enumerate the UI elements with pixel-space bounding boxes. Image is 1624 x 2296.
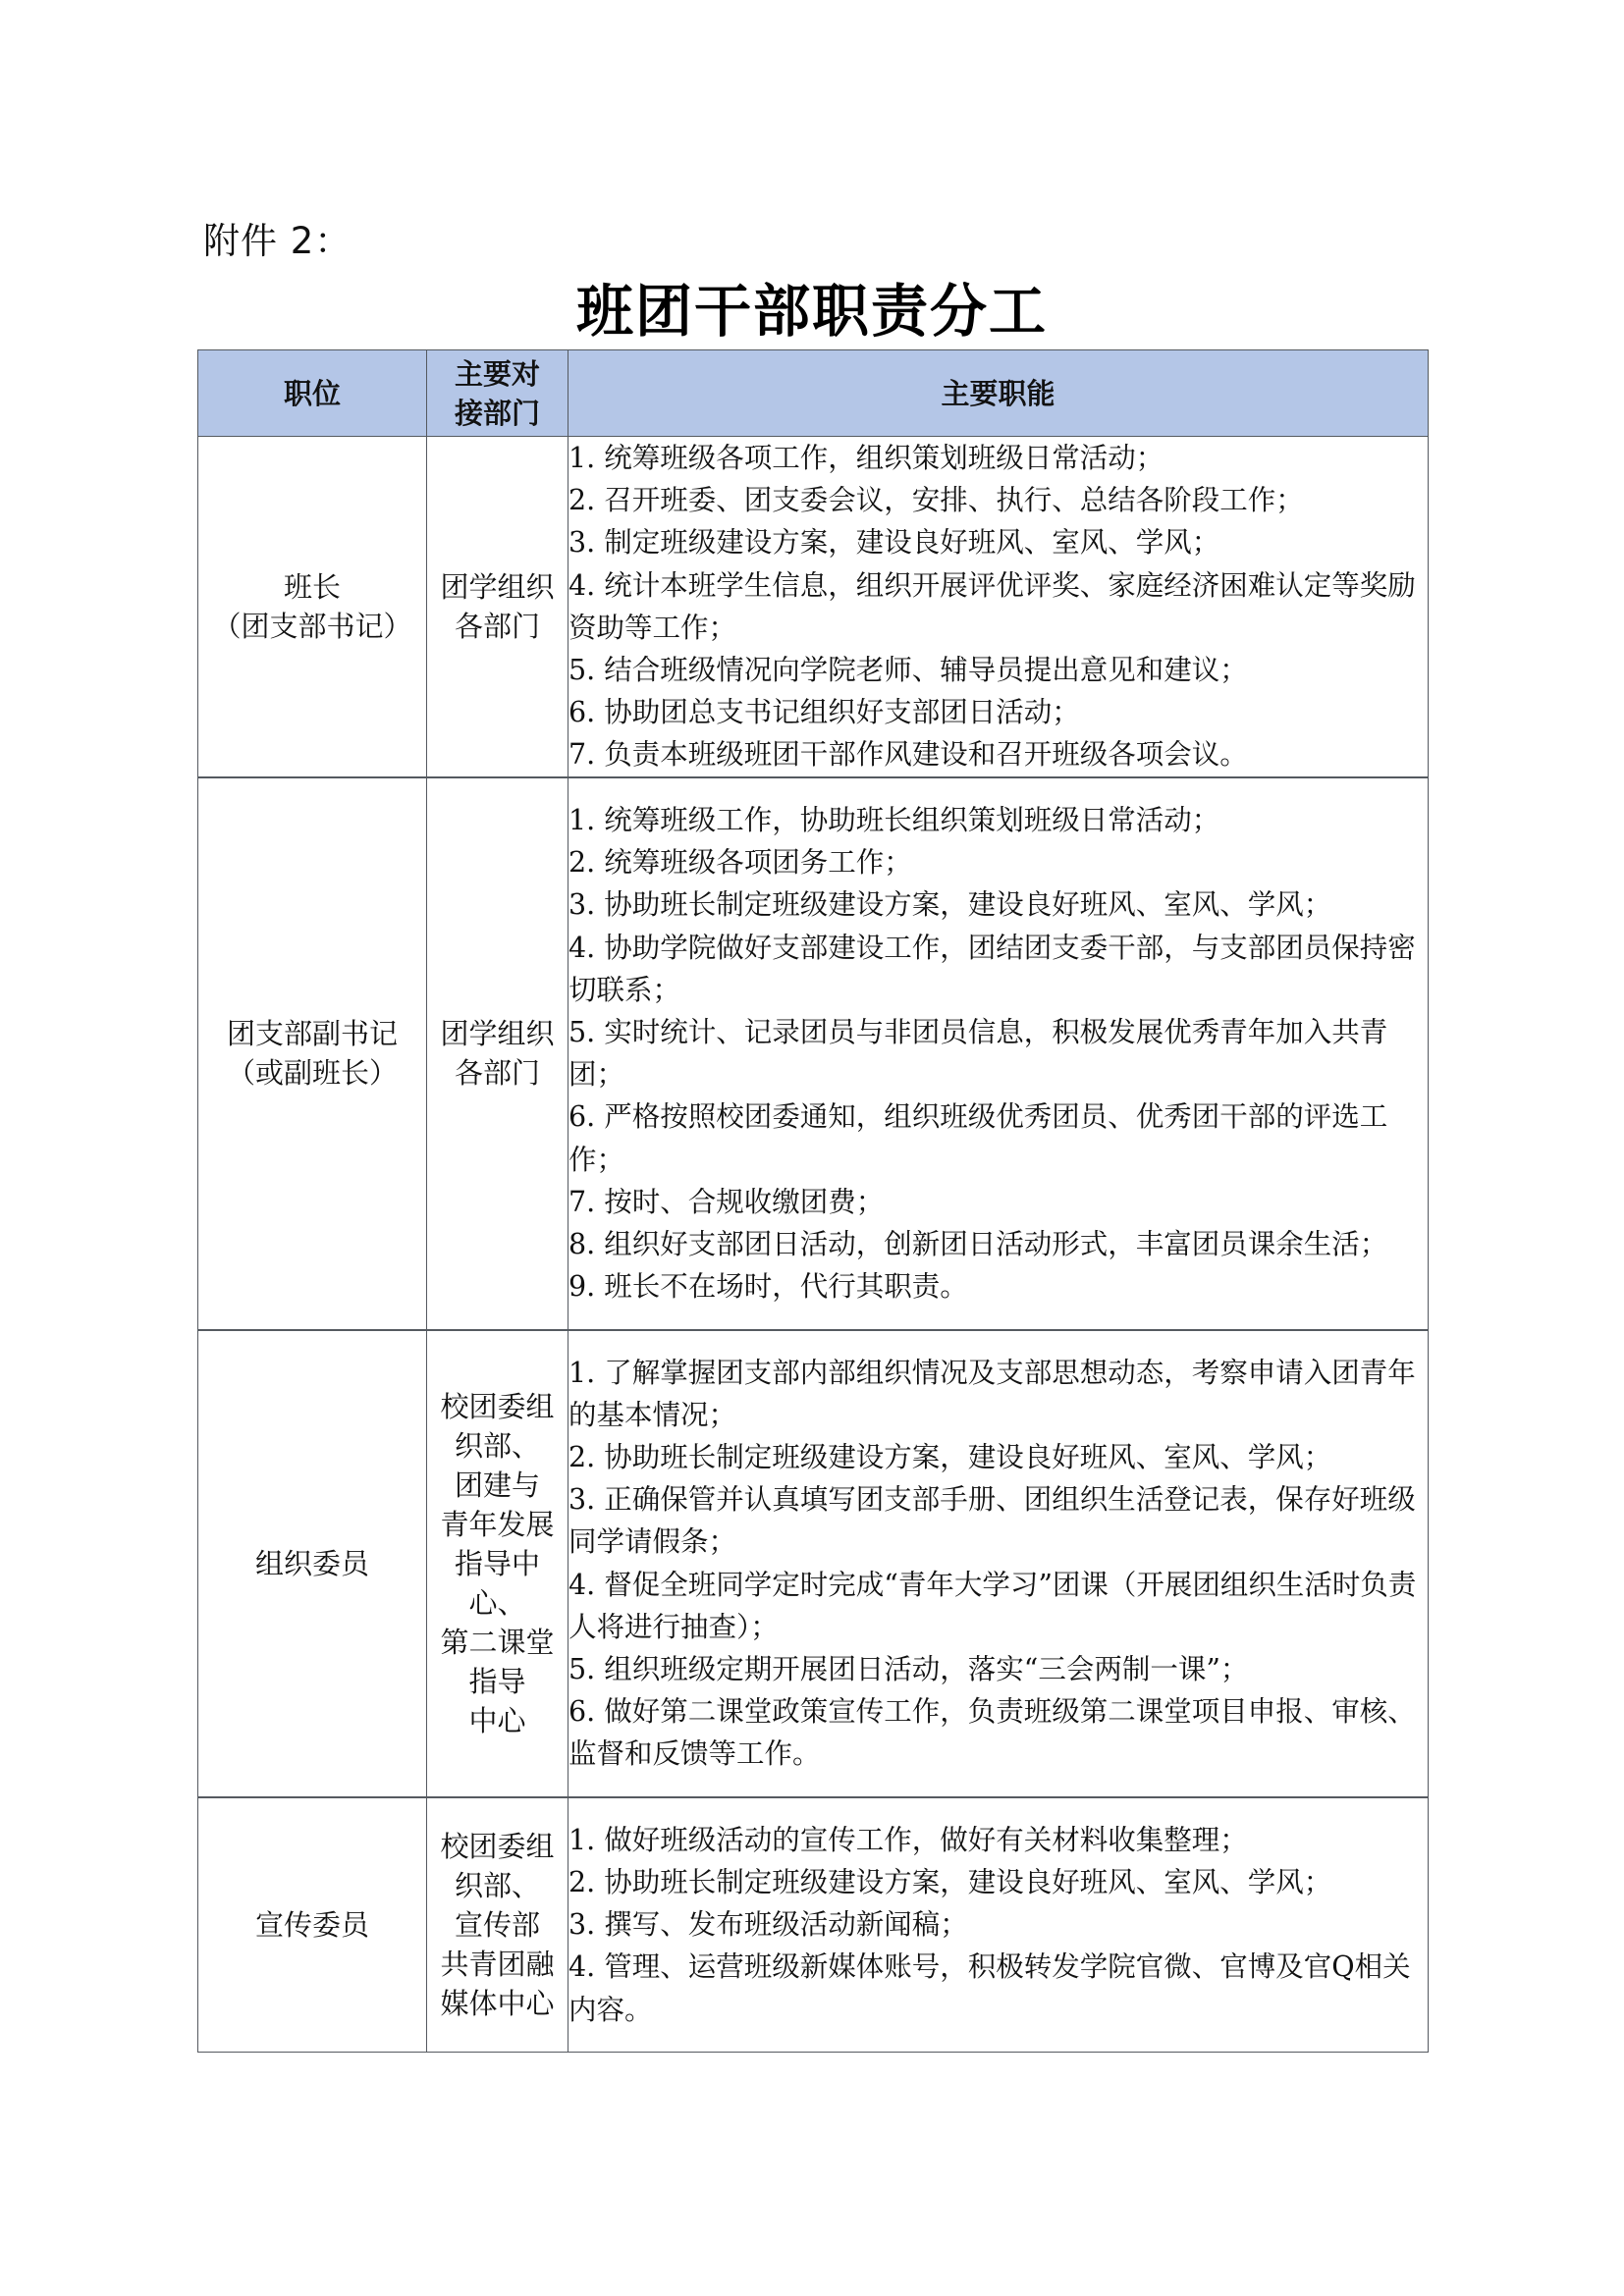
table-row: 团支部副书记 （或副班长） 团学组织 各部门 1. 统筹班级工作，协助班长组织策… [198,777,1429,1330]
department-line: 指导中 [427,1544,568,1583]
department-line: 织部、 [427,1866,568,1905]
duty-item: 8. 组织好支部团日活动，创新团日活动形式，丰富团员课余生活； [568,1223,1428,1265]
department-line: 共青团融 [427,1945,568,1984]
department-cell: 团学组织 各部门 [427,437,568,777]
department-cell: 团学组织 各部门 [427,777,568,1330]
position-line: 团支部副书记 [198,1014,426,1053]
department-line: 宣传部 [427,1905,568,1945]
department-line: 青年发展 [427,1505,568,1544]
attachment-label: 附件 2： [203,218,352,265]
duty-item: 2. 统筹班级各项团务工作； [568,841,1428,883]
duty-item: 4. 统计本班学生信息，组织开展评优评奖、家庭经济困难认定等奖励资助等工作； [568,564,1428,649]
position-cell: 团支部副书记 （或副班长） [198,777,427,1330]
duty-item: 6. 协助团总支书记组织好支部团日活动； [568,691,1428,733]
duty-item: 3. 协助班长制定班级建设方案，建设良好班风、室风、学风； [568,883,1428,926]
department-line: 织部、 [427,1426,568,1466]
duty-item: 3. 正确保管并认真填写团支部手册、团组织生活登记表，保存好班级同学请假条； [568,1478,1428,1563]
duty-item: 4. 管理、运营班级新媒体账号，积极转发学院官微、官博及官Q相关内容。 [568,1946,1428,2030]
department-line: 团学组织 [427,1014,568,1053]
department-line: 媒体中心 [427,1984,568,2023]
duty-item: 7. 按时、合规收缴团费； [568,1181,1428,1223]
duty-item: 5. 实时统计、记录团员与非团员信息，积极发展优秀青年加入共青团； [568,1011,1428,1095]
duty-item: 3. 制定班级建设方案，建设良好班风、室风、学风； [568,521,1428,563]
table-row: 班长 （团支部书记） 团学组织 各部门 1. 统筹班级各项工作，组织策划班级日常… [198,437,1429,777]
table-header-row: 职位 主要对 接部门 主要职能 [198,350,1429,437]
duty-item: 6. 严格按照校团委通知，组织班级优秀团员、优秀团干部的评选工作； [568,1095,1428,1180]
duties-cell: 1. 统筹班级各项工作，组织策划班级日常活动； 2. 召开班委、团支委会议，安排… [568,437,1429,777]
document-title: 班团干部职责分工 [0,277,1624,346]
position-cell: 班长 （团支部书记） [198,437,427,777]
duty-item: 2. 召开班委、团支委会议，安排、执行、总结各阶段工作； [568,479,1428,521]
department-line: 团学组织 [427,567,568,607]
duties-cell: 1. 了解掌握团支部内部组织情况及支部思想动态，考察申请入团青年的基本情况； 2… [568,1330,1429,1797]
duty-item: 4. 协助学院做好支部建设工作，团结团支委干部，与支部团员保持密切联系； [568,927,1428,1011]
department-line: 校团委组 [427,1827,568,1866]
position-line: （或副班长） [198,1053,426,1093]
department-line: 各部门 [427,1053,568,1093]
department-line: 心、 [427,1583,568,1623]
table-row: 组织委员 校团委组 织部、 团建与 青年发展 指导中 心、 第二课堂 指导 中心… [198,1330,1429,1797]
duty-item: 1. 做好班级活动的宣传工作，做好有关材料收集整理； [568,1819,1428,1861]
position-line: 组织委员 [198,1544,426,1583]
department-line: 指导 [427,1662,568,1701]
duty-item: 5. 结合班级情况向学院老师、辅导员提出意见和建议； [568,649,1428,691]
duties-cell: 1. 做好班级活动的宣传工作，做好有关材料收集整理； 2. 协助班长制定班级建设… [568,1797,1429,2053]
duty-item: 1. 统筹班级工作，协助班长组织策划班级日常活动； [568,799,1428,841]
duties-cell: 1. 统筹班级工作，协助班长组织策划班级日常活动； 2. 统筹班级各项团务工作；… [568,777,1429,1330]
duty-item: 4. 督促全班同学定时完成“青年大学习”团课（开展团组织生活时负责人将进行抽查）… [568,1564,1428,1648]
position-cell: 组织委员 [198,1330,427,1797]
header-department-line: 主要对 [427,354,568,394]
duty-item: 9. 班长不在场时，代行其职责。 [568,1265,1428,1308]
duty-item: 5. 组织班级定期开展团日活动，落实“三会两制一课”； [568,1648,1428,1690]
duty-item: 2. 协助班长制定班级建设方案，建设良好班风、室风、学风； [568,1436,1428,1478]
duty-item: 1. 了解掌握团支部内部组织情况及支部思想动态，考察申请入团青年的基本情况； [568,1352,1428,1436]
position-cell: 宣传委员 [198,1797,427,2053]
department-cell: 校团委组 织部、 宣传部 共青团融 媒体中心 [427,1797,568,2053]
duties-table: 职位 主要对 接部门 主要职能 班长 （团支部书记） 团学组织 各部门 1. 统… [197,349,1429,2053]
department-cell: 校团委组 织部、 团建与 青年发展 指导中 心、 第二课堂 指导 中心 [427,1330,568,1797]
department-line: 中心 [427,1701,568,1740]
table-row: 宣传委员 校团委组 织部、 宣传部 共青团融 媒体中心 1. 做好班级活动的宣传… [198,1797,1429,2053]
duty-item: 7. 负责本班级班团干部作风建设和召开班级各项会议。 [568,733,1428,775]
position-line: 班长 [198,567,426,607]
department-line: 各部门 [427,607,568,646]
duty-item: 1. 统筹班级各项工作，组织策划班级日常活动； [568,437,1428,479]
header-duties: 主要职能 [568,350,1429,437]
duty-item: 2. 协助班长制定班级建设方案，建设良好班风、室风、学风； [568,1861,1428,1903]
header-department: 主要对 接部门 [427,350,568,437]
duty-item: 6. 做好第二课堂政策宣传工作，负责班级第二课堂项目申报、审核、监督和反馈等工作… [568,1690,1428,1775]
position-line: （团支部书记） [198,607,426,646]
header-position: 职位 [198,350,427,437]
department-line: 第二课堂 [427,1623,568,1662]
duty-item: 3. 撰写、发布班级活动新闻稿； [568,1903,1428,1946]
department-line: 校团委组 [427,1387,568,1426]
department-line: 团建与 [427,1466,568,1505]
position-line: 宣传委员 [198,1905,426,1945]
header-department-line: 接部门 [427,394,568,433]
